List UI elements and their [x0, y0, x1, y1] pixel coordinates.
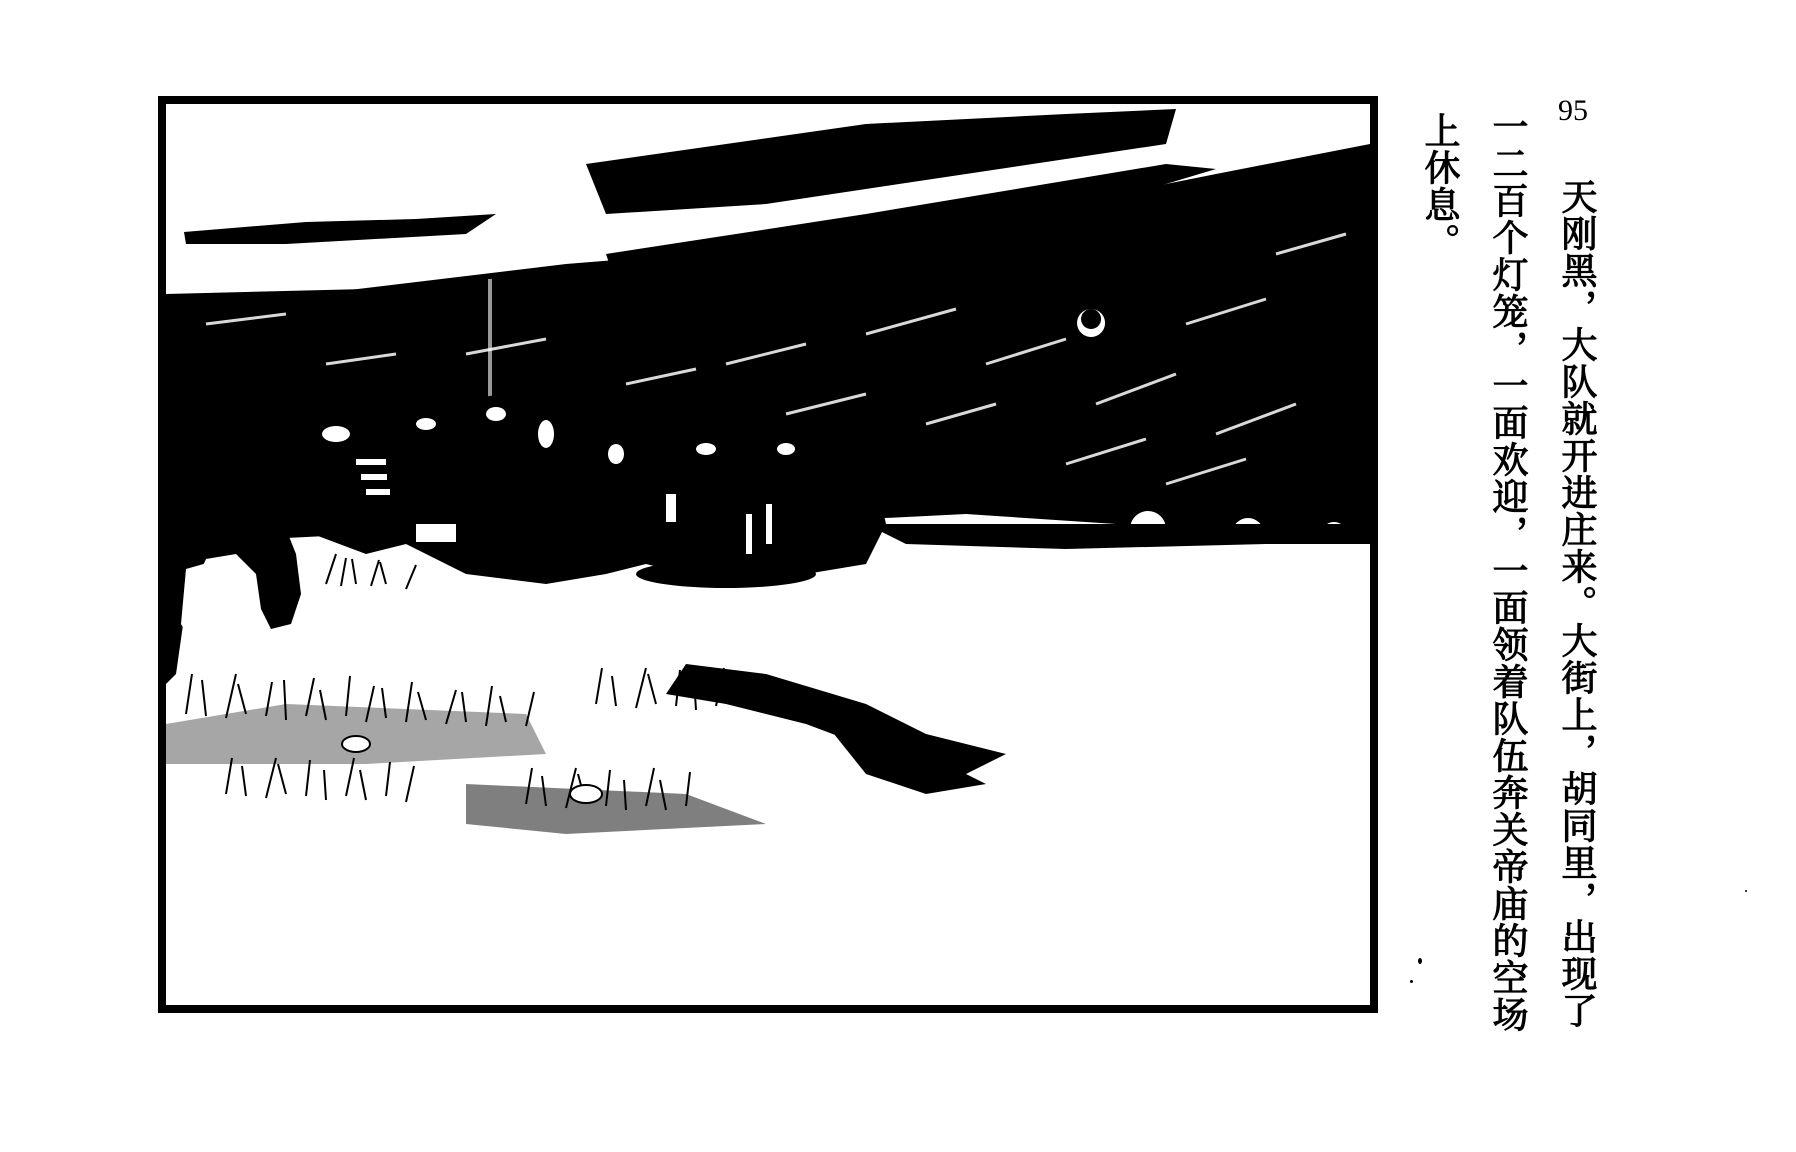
caption-column-1: 天刚黑，大队就开进庄来。大街上，胡同里，出现了: [1558, 178, 1594, 1029]
caption-column-3: 上休息。: [1421, 112, 1457, 260]
scan-speck: [1410, 980, 1413, 983]
illustration-panel: [158, 96, 1378, 1013]
illustration-drawing: [166, 104, 1370, 1005]
page-number: 95: [1558, 96, 1588, 126]
caption-column-2: 一二百个灯笼，一面欢迎，一面领着队伍奔关帝庙的空场: [1489, 108, 1525, 1033]
scan-speck: [1745, 890, 1747, 892]
scan-speck: [1418, 958, 1422, 964]
ground-shadows: [166, 664, 1006, 834]
